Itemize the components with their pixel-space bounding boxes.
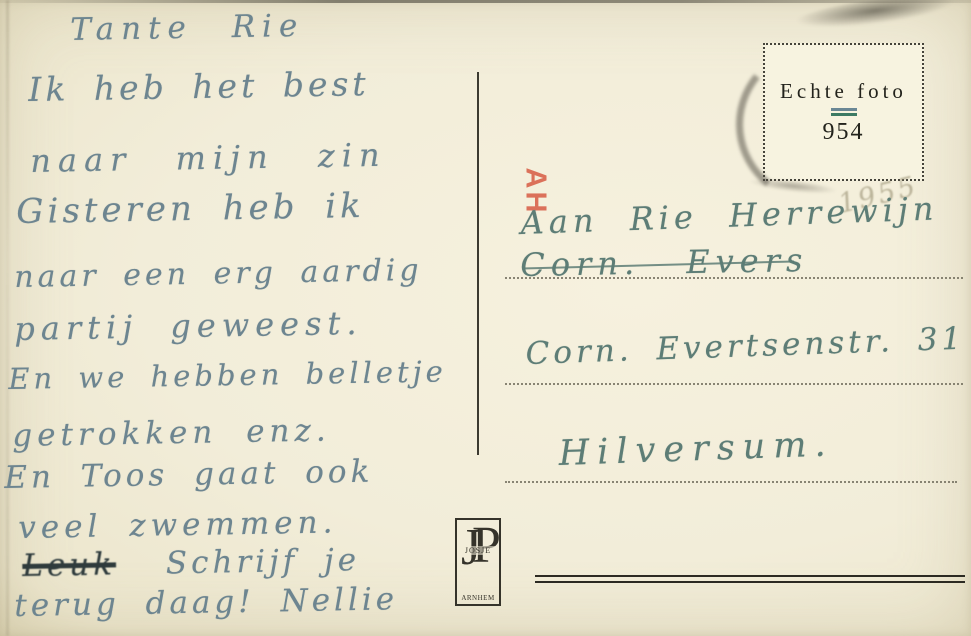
message-line: getrokken enz. [12, 412, 331, 454]
message-line: naar mijn zin [30, 136, 387, 180]
stamp-box-divider [831, 108, 857, 116]
address-line-city: Hilversum. [558, 424, 834, 474]
publisher-city: ARNHEM [457, 594, 499, 602]
left-edge-crease [6, 0, 9, 636]
center-divider-line [477, 72, 479, 455]
message-line: naar een erg aardig [14, 253, 423, 295]
publisher-name: JOSJE [457, 546, 499, 555]
stamp-divider-top-bar [831, 108, 857, 111]
postmark-smudge-top [794, 0, 956, 34]
message-line: Gisteren heb ik [16, 186, 365, 232]
message-line-text: Schrijf je [166, 542, 361, 581]
address-dotted-line-1 [505, 277, 963, 279]
top-edge-shadow [0, 0, 971, 3]
address-line-street: Corn. Evertsenstr. 31 [525, 321, 966, 372]
stamp-divider-bottom-bar [831, 113, 857, 116]
scribbled-out-word: Leuk [22, 546, 116, 584]
message-line: En Toos gaat ook [4, 454, 374, 496]
message-line: En we hebben belletje [8, 354, 447, 396]
address-double-rule [535, 575, 965, 583]
stamp-box-title: Echte foto [780, 79, 907, 104]
message-line: terug daag! Nellie [14, 581, 398, 624]
message-line: veel zwemmen. [18, 504, 338, 546]
address-line-recipient: Aan Rie Herrewijn [520, 189, 939, 242]
message-line: Leuk Schrijf je [22, 542, 360, 584]
postcard-back: Echte foto 954 1955 AH Tante Rie Ik heb … [0, 0, 971, 636]
address-dotted-line-3 [505, 481, 957, 483]
address-dotted-line-2 [505, 383, 963, 385]
stamp-box: Echte foto 954 [763, 43, 924, 181]
publisher-mark: J P JOSJE ARNHEM [455, 518, 501, 606]
message-line: Tante Rie [70, 8, 305, 48]
message-line: partij geweest. [14, 304, 363, 348]
message-line: Ik heb het best [28, 64, 370, 109]
stamp-box-number: 954 [823, 119, 865, 146]
